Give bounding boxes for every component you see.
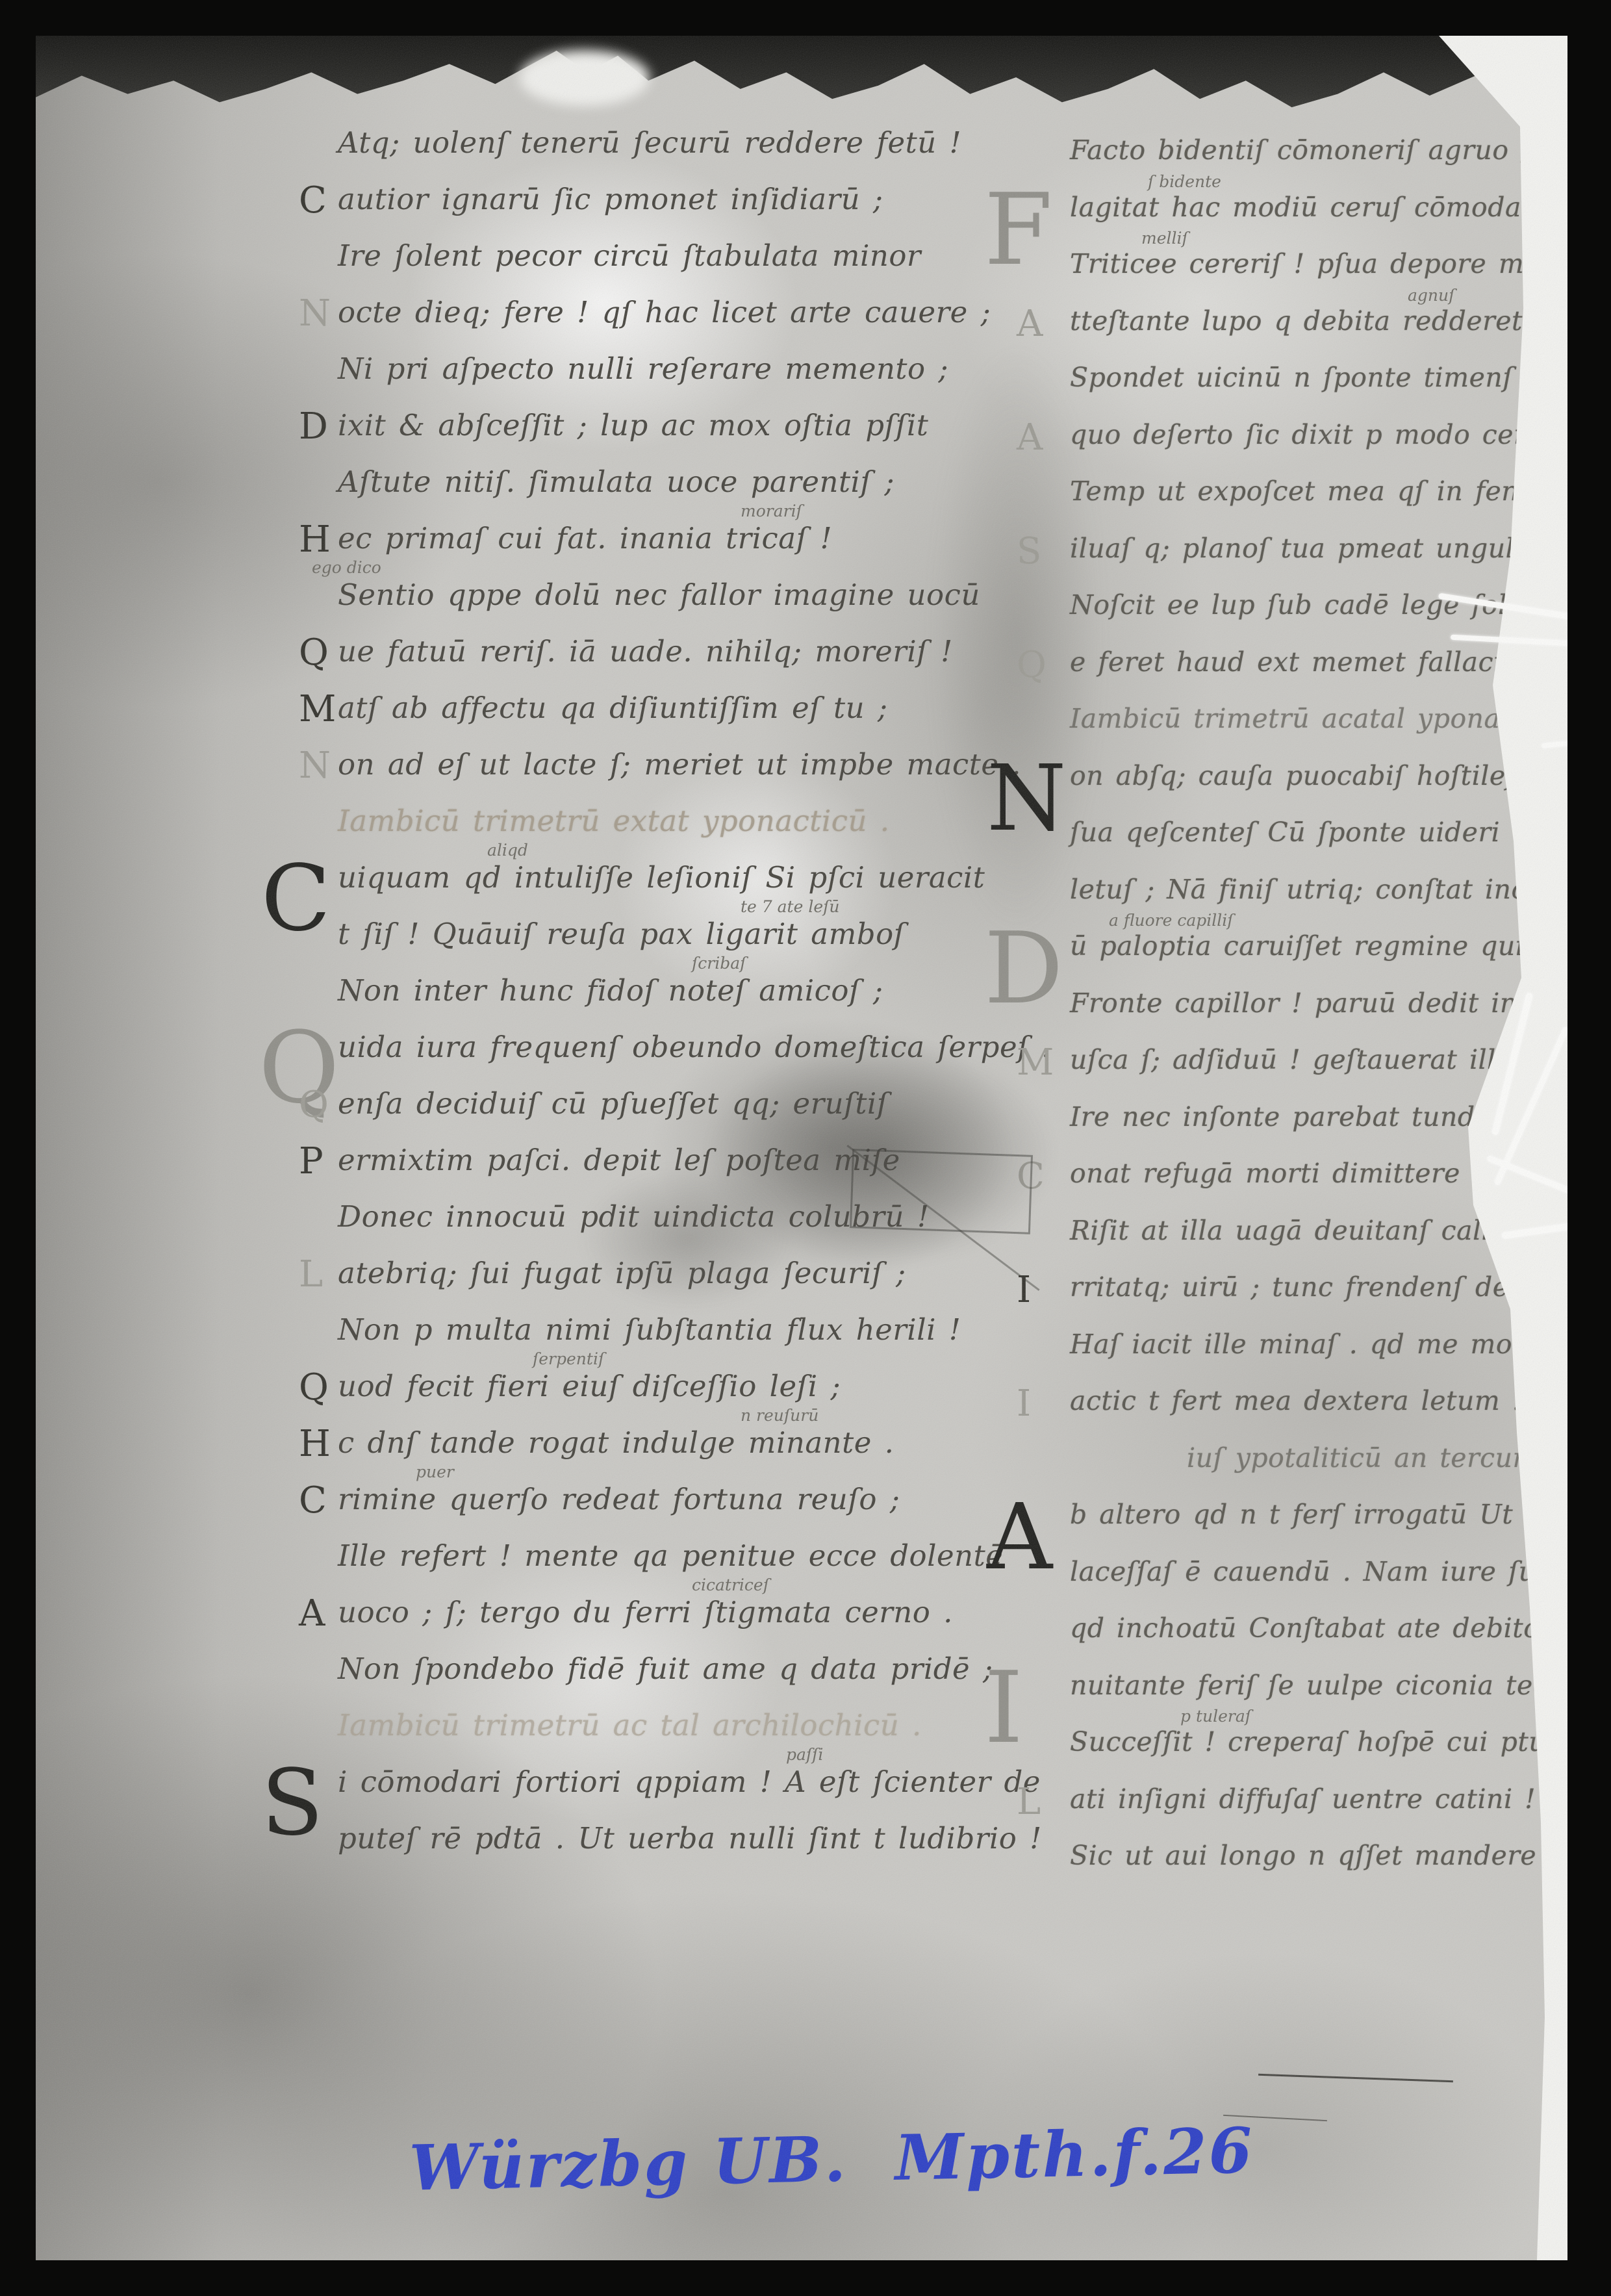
versal-initial: N bbox=[299, 745, 331, 787]
line-text: uiquam qd intuliſſe leſioniſ Si pſci uer… bbox=[338, 860, 985, 895]
line-text: uoco ; ſ; tergo du ferri ſtigmata cerno … bbox=[338, 1595, 953, 1629]
text-line: Matſ ab affectu qa diſiuntiſſim eſ tu ; bbox=[338, 691, 888, 747]
text-line: Haſ iacit ille minaſ . qd me mortia fati… bbox=[1070, 1329, 1567, 1385]
line-text: Ire ſolent pecor circū ſtabulata minor bbox=[338, 238, 921, 273]
text-line: Siluaſ q; planoſ tua pmeat ungula campo bbox=[1070, 533, 1567, 589]
interlinear-gloss: cicatriceſ bbox=[692, 1575, 769, 1594]
versal-initial: M bbox=[299, 688, 336, 730]
interlinear-gloss: n reuſurū bbox=[741, 1406, 818, 1425]
text-line: te 7 ate leſūt ſiſ ! Quāuiſ reuſa pax li… bbox=[338, 917, 905, 973]
cancellation-box bbox=[850, 1149, 1033, 1234]
interlinear-gloss: te 7 ate leſū bbox=[741, 897, 839, 916]
line-text: ixit & abſceſſit ; lup ac mox oſtia pſſi… bbox=[338, 408, 928, 442]
line-text: Temp ut expoſcet mea qſ in fenora ſoluet bbox=[1070, 476, 1567, 507]
text-line: Irritatq; uirū ; tunc frendenſ demq; dir… bbox=[1070, 1271, 1567, 1328]
versal-initial: I bbox=[984, 1650, 1023, 1765]
line-text: Donec innocuū pdit uindicta colubrū ! bbox=[338, 1199, 929, 1234]
line-text: ec primaſ cui fat. inania tricaſ ! bbox=[338, 521, 832, 555]
versal-initial: A bbox=[987, 1485, 1052, 1590]
interlinear-gloss: ſcribaſ bbox=[692, 954, 746, 973]
text-line: ſcribaſNon inter hunc fidoſ noteſ amicoſ… bbox=[338, 973, 883, 1030]
versal-initial: H bbox=[299, 518, 331, 561]
text-line: Spaſſii cōmodari fortiori qppiam ! A eſt… bbox=[338, 1765, 1041, 1821]
versal-initial: D bbox=[984, 911, 1063, 1026]
text-line: Aſtute nitiſ. ſimulata uoce parentiſ ; bbox=[338, 465, 894, 521]
line-text: tteſtante lupo q debita redderet ubi ; bbox=[1070, 305, 1567, 337]
text-line: Da fluore capilliſū paloptia caruiſſet r… bbox=[1070, 930, 1558, 987]
line-text: nuitante feriſ ſe uulpe ciconia tectiſ bbox=[1070, 1670, 1567, 1701]
versal-initial: S bbox=[1017, 530, 1041, 572]
line-text: iluaſ q; planoſ tua pmeat ungula campo bbox=[1070, 533, 1567, 564]
line-text: Atq; uolenſ tenerū ſecurū reddere fetū ! bbox=[338, 125, 961, 160]
text-line: Ni pri aſpecto nulli reſerare memento ; bbox=[338, 351, 948, 408]
text-line: Non ad eſ ut lacte ſ; meriet ut impbe ma… bbox=[338, 747, 1021, 804]
versal-initial: I bbox=[1017, 1383, 1031, 1425]
text-line: Sic ut aui longo n qſſet mandere roſtro … bbox=[1070, 1840, 1567, 1896]
line-text: i cōmodari fortiori qppiam ! A eſt ſcien… bbox=[338, 1765, 1041, 1799]
line-text: e feret haud ext memet fallacia urā . bbox=[1070, 646, 1567, 678]
line-text: Aſtute nitiſ. ſimulata uoce parentiſ ; bbox=[338, 465, 894, 499]
line-text: Sic ut aui longo n qſſet mandere roſtro … bbox=[1070, 1840, 1567, 1871]
text-line: puteſ rē pdtā . Ut uerba nulli ſint t lu… bbox=[338, 1821, 1042, 1878]
interlinear-gloss: aliqd bbox=[487, 841, 528, 860]
line-text: ue fatuū reriſ. iā uade. nihilq; moreriſ… bbox=[338, 634, 953, 669]
versal-initial: Q bbox=[299, 1366, 329, 1409]
text-line: Lati inſigni diffuſaſ uentre catini ! bbox=[1070, 1783, 1536, 1840]
interlinear-gloss: agnuſ bbox=[1408, 286, 1454, 305]
text-line: Acicatriceſuoco ; ſ; tergo du ferri ſtig… bbox=[338, 1595, 953, 1652]
text-line: Qenſa deciduiſ cū pſueſſet qq; eruſtiſ bbox=[338, 1086, 888, 1143]
scratch-mark bbox=[1258, 2074, 1453, 2082]
line-text: puteſ rē pdtā . Ut uerba nulli ſint t lu… bbox=[338, 1821, 1042, 1856]
line-text: autior ignarū ſic pmonet inſidiarū ; bbox=[338, 182, 883, 216]
text-line: Hmorariſec primaſ cui fat. inania tricaſ… bbox=[338, 521, 832, 578]
versal-initial: H bbox=[299, 1423, 331, 1465]
line-text: uod fecit fieri eiuſ diſceſſio leſi ; bbox=[338, 1369, 841, 1403]
versal-initial: Q bbox=[299, 1084, 329, 1126]
line-text: Triticee cereriſ ! pſua depore metiſ bbox=[1070, 248, 1567, 279]
versal-initial: N bbox=[299, 292, 331, 335]
line-text: Non inter hunc fidoſ noteſ amicoſ ; bbox=[338, 973, 883, 1008]
text-line: Fronte capillor ! paruū dedit impba mort… bbox=[1070, 988, 1567, 1044]
text-line: Non ſpondebo fidē fuit ame q data pridē … bbox=[338, 1652, 993, 1708]
line-text: atſ ab affectu qa diſiuntiſſim eſ tu ; bbox=[338, 691, 888, 725]
versal-initial: D bbox=[299, 405, 328, 448]
text-line: Inuitante feriſ ſe uulpe ciconia tectiſ bbox=[1070, 1670, 1567, 1726]
text-line: Iambicū trimetrū extat yponacticū . bbox=[338, 804, 890, 860]
text-line: Cpuerrimine querſo redeat fortuna reuſo … bbox=[338, 1482, 900, 1538]
text-line: melliſTriticee cereriſ ! pſua depore met… bbox=[1070, 248, 1567, 305]
line-text: on ad eſ ut lacte ſ; meriet ut impbe mac… bbox=[338, 747, 1021, 782]
interlinear-gloss: morariſ bbox=[741, 502, 802, 520]
text-line: Que fatuū reriſ. iā uade. nihilq; moreri… bbox=[338, 634, 953, 691]
versal-initial: C bbox=[299, 1479, 327, 1522]
photograph-frame: Atq; uolenſ tenerū ſecurū reddere fetū !… bbox=[0, 0, 1611, 2296]
line-text: Non ſpondebo fidē fuit ame q data pridē … bbox=[338, 1652, 993, 1686]
line-text: Iambicū trimetrū acatal yponactici claud bbox=[1070, 703, 1567, 734]
text-line: Ire ſolent pecor circū ſtabulata minor bbox=[338, 238, 921, 295]
line-text: uida iura frequenſ obeundo domeſtica ſer… bbox=[338, 1030, 1051, 1064]
text-line: Ille refert ! mente qa penitue ecce dole… bbox=[338, 1538, 1003, 1595]
interlinear-gloss: ſerpentiſ bbox=[533, 1349, 604, 1368]
text-line: Aagnuſtteſtante lupo q debita redderet u… bbox=[1070, 305, 1567, 362]
line-text: Haſ iacit ille minaſ . qd me mortia fati… bbox=[1070, 1329, 1567, 1360]
text-line: Permixtim paſci. depit leſ poſtea miſe bbox=[338, 1143, 900, 1199]
text-line: Dixit & abſceſſit ; lup ac mox oſtia pſſ… bbox=[338, 408, 928, 465]
text-line: qd inchoatū Conſtabat ate debitore fener… bbox=[1070, 1613, 1567, 1669]
text-line: Ab altero qd n t ferſ irrogatū Ut neminē… bbox=[1070, 1499, 1567, 1555]
interlinear-gloss: ſ bidente bbox=[1148, 172, 1221, 191]
line-text: b altero qd n t ferſ irrogatū Ut neminē … bbox=[1070, 1499, 1567, 1530]
text-line: Cautior ignarū ſic pmonet inſidiarū ; bbox=[338, 182, 883, 238]
line-text: Spondet uicinū n ſponte timenſ inimic bbox=[1070, 362, 1567, 393]
manuscript-photo: Atq; uolenſ tenerū ſecurū reddere fetū !… bbox=[36, 36, 1567, 2260]
line-text: qd inchoatū Conſtabat ate debitore fener… bbox=[1070, 1613, 1567, 1644]
text-line: Atq; uolenſ tenerū ſecurū reddere fetū ! bbox=[338, 125, 961, 182]
shelfmark-note: Würzbg UB. Mpth.f.26 bbox=[409, 2113, 1255, 2204]
line-text: Facto bidentiſ cōmoneriſ agruo ; bbox=[1070, 134, 1530, 166]
versal-initial: A bbox=[1017, 416, 1043, 459]
line-text: Succeſſit ! creperaſ hoſpē cui ptulit eſ… bbox=[1070, 1726, 1567, 1757]
interlinear-gloss: paſſi bbox=[786, 1745, 823, 1764]
versal-initial: L bbox=[1017, 1781, 1041, 1823]
text-line: Caliqduiquam qd intuliſſe leſioniſ Si pſ… bbox=[338, 860, 985, 917]
versal-initial: F bbox=[984, 172, 1052, 287]
interlinear-gloss: a fluore capilliſ bbox=[1109, 911, 1234, 930]
line-text: rimine querſo redeat fortuna reuſo ; bbox=[338, 1482, 900, 1516]
text-line: Donec innocuū pdit uindicta colubrū ! bbox=[338, 1199, 929, 1256]
line-text: atebriq; ſui fugat ipſū plaga ſecuriſ ; bbox=[338, 1256, 906, 1290]
interlinear-gloss: p tuleraſ bbox=[1180, 1707, 1251, 1726]
text-line: Non p multa nimi ſubſtantia flux herili … bbox=[338, 1312, 961, 1369]
line-text: Fronte capillor ! paruū dedit impba mort… bbox=[1070, 988, 1567, 1019]
versal-initial: A bbox=[299, 1592, 325, 1635]
text-line: Facto bidentiſ cōmoneriſ agruo ; bbox=[1070, 134, 1530, 191]
line-text: Sentio qppe dolū nec fallor imagine uocū bbox=[338, 578, 980, 612]
versal-initial: A bbox=[1017, 303, 1043, 345]
versal-initial: P bbox=[299, 1140, 323, 1182]
line-text: ū paloptia caruiſſet regmine quida bbox=[1070, 930, 1558, 962]
text-line: Quida iura frequenſ obeundo domeſtica ſe… bbox=[338, 1030, 1051, 1086]
torn-top-edge bbox=[36, 36, 1567, 119]
text-line: Latebriq; ſui fugat ipſū plaga ſecuriſ ; bbox=[338, 1256, 906, 1312]
versal-initial: M bbox=[1017, 1041, 1054, 1084]
line-text: Ni pri aſpecto nulli reſerare memento ; bbox=[338, 351, 948, 386]
line-text: ati inſigni diffuſaſ uentre catini ! bbox=[1070, 1783, 1536, 1815]
line-text: letuſ ; Nā finiſ utriq; conſtat incertuſ… bbox=[1070, 874, 1567, 905]
text-line: Iambicū trimetrū acatal yponactici claud bbox=[1070, 703, 1567, 759]
line-text: t ſiſ ! Quāuiſ reuſa pax ligarit amboſ bbox=[338, 917, 905, 951]
line-text: Ille refert ! mente qa penitue ecce dole… bbox=[338, 1538, 1003, 1573]
versal-initial: Q bbox=[299, 631, 329, 674]
line-text: Non p multa nimi ſubſtantia flux herili … bbox=[338, 1312, 961, 1347]
text-line: iuſ ypotaliticū an tercune bbox=[1070, 1442, 1546, 1499]
versal-initial: Q bbox=[1017, 644, 1047, 686]
versal-initial: S bbox=[261, 1750, 323, 1856]
text-line: Nocte dieq; fere ! qſ hac licet arte cau… bbox=[338, 295, 991, 351]
line-text: actic t fert mea dextera letum . bbox=[1070, 1385, 1521, 1416]
line-text: c dnſ tande rogat indulge minante . bbox=[338, 1425, 894, 1460]
text-line: laceſſaſ ē cauendū . Nam iure ſuſtineſ m… bbox=[1070, 1556, 1567, 1613]
versal-initial: C bbox=[261, 846, 331, 952]
text-line: Non abſq; cauſa puocabiſ hoſtileſ ſcurrī… bbox=[1070, 760, 1567, 817]
text-line: Iactic t fert mea dextera letum . bbox=[1070, 1385, 1521, 1442]
versal-initial: C bbox=[299, 179, 327, 222]
line-text: quo deſerto ſic dixit p modo ceruo ; bbox=[1070, 419, 1567, 450]
versal-initial: N bbox=[987, 746, 1067, 852]
line-text: on abſq; cauſa puocabiſ hoſtileſ ſcurrī … bbox=[1070, 760, 1567, 791]
interlinear-gloss: puer bbox=[416, 1462, 454, 1481]
line-text: ſua qeſcenteſ Cū ſponte uideri ! ſ; hinc… bbox=[1070, 817, 1567, 848]
torn-top-gap bbox=[520, 50, 650, 106]
line-text: Iambicū trimetrū extat yponacticū . bbox=[338, 804, 890, 838]
line-text: lagitat hac modiū ceruſ cōmoda uniū bbox=[1070, 192, 1567, 223]
line-text: ermixtim paſci. depit leſ poſtea miſe bbox=[338, 1143, 900, 1177]
interlinear-gloss: ego dico bbox=[312, 558, 381, 577]
text-line: Spondet uicinū n ſponte timenſ inimic bbox=[1070, 362, 1567, 418]
text-line: ego dicoSentio qppe dolū nec fallor imag… bbox=[338, 578, 980, 634]
versal-initial: L bbox=[299, 1253, 323, 1295]
text-line: ſua qeſcenteſ Cū ſponte uideri ! ſ; hinc… bbox=[1070, 817, 1567, 873]
line-text: octe dieq; fere ! qſ hac licet arte caue… bbox=[338, 295, 991, 329]
line-text: rritatq; uirū ; tunc frendenſ demq; dirū… bbox=[1070, 1271, 1567, 1303]
line-text: enſa deciduiſ cū pſueſſet qq; eruſtiſ bbox=[338, 1086, 888, 1121]
line-text: laceſſaſ ē cauendū . Nam iure ſuſtineſ m… bbox=[1070, 1556, 1567, 1587]
text-line: p tuleraſSucceſſit ! creperaſ hoſpē cui … bbox=[1070, 1726, 1567, 1783]
line-text: iuſ ypotaliticū an tercune bbox=[1187, 1442, 1546, 1473]
text-line: Temp ut expoſcet mea qſ in fenora ſoluet bbox=[1070, 476, 1567, 532]
text-line: Qe feret haud ext memet fallacia urā . bbox=[1070, 646, 1567, 703]
text-line: Iambicū trimetrū ac tal archilochicū . bbox=[338, 1708, 922, 1765]
text-line: Aquo deſerto ſic dixit p modo ceruo ; bbox=[1070, 419, 1567, 476]
interlinear-gloss: melliſ bbox=[1141, 229, 1188, 248]
line-text: Iambicū trimetrū ac tal archilochicū . bbox=[338, 1708, 922, 1742]
